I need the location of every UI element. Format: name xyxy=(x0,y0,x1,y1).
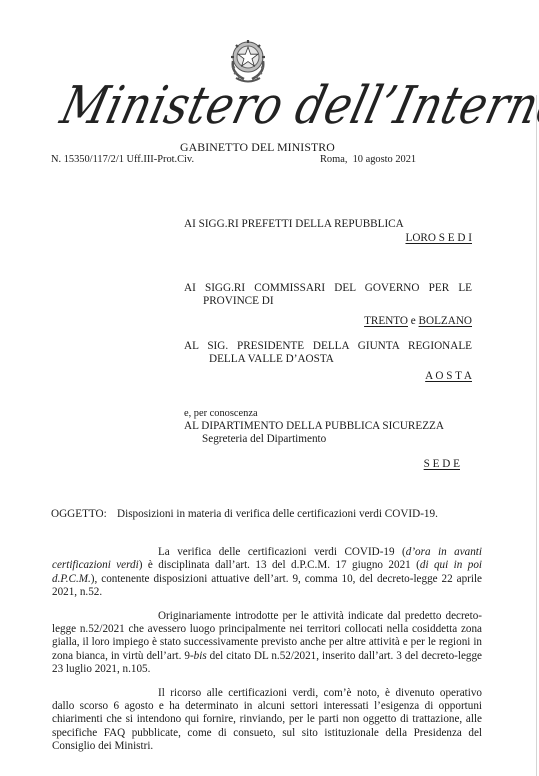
cc-recipient: AL DIPARTIMENTO DELLA PUBBLICA SICUREZZA xyxy=(184,420,444,433)
destination-bolzano: BOLZANO xyxy=(419,315,472,327)
recipient-commissari-line2: PROVINCE DI xyxy=(203,295,274,308)
recipient-commissari: AI SIGG.RI COMMISSARI DEL GOVERNO PER LE xyxy=(184,282,472,295)
recipient-presidente-destination: A O S T A xyxy=(425,370,472,382)
recipient-presidente-line2: DELLA VALLE D’AOSTA xyxy=(209,353,334,366)
paragraph-3: Il ricorso alle certificazioni verdi, co… xyxy=(52,687,482,754)
recipient-presidente-line1: AL SIG. PRESIDENTE DELLA GIUNTA REGIONAL… xyxy=(184,340,472,353)
subject-text: Disposizioni in materia di verifica dell… xyxy=(117,508,438,521)
recipient-presidente: AL SIG. PRESIDENTE DELLA GIUNTA REGIONAL… xyxy=(184,340,472,353)
document-page: Ministero dell’Interno GABINETTO DEL MIN… xyxy=(0,0,539,776)
recipient-prefetti-destination: LORO S E D I xyxy=(405,232,472,244)
destination-joiner: e xyxy=(408,315,419,327)
recipient-presidente-destination-wrap: A O S T A xyxy=(300,370,472,383)
p1-text-a: La verifica delle certificazioni verdi C… xyxy=(158,546,406,558)
ministry-name: Ministero dell’Interno xyxy=(55,77,460,136)
subject-label: OGGETTO: xyxy=(51,508,107,521)
destination-trento: TRENTO xyxy=(364,315,408,327)
p1-text-c: ) è disciplinata dall’art. 13 del d.P.C.… xyxy=(139,559,420,571)
protocol-number: N. 15350/117/2/1 Uff.III-Prot.Civ. xyxy=(51,153,194,166)
recipient-commissari-destination: TRENTO e BOLZANO xyxy=(300,315,472,328)
p2-italic-b: bis xyxy=(194,650,207,662)
cc-destination-wrap: S E D E xyxy=(300,458,460,471)
cc-destination: S E D E xyxy=(424,458,460,470)
paragraph-1: La verifica delle certificazioni verdi C… xyxy=(52,546,482,600)
recipient-commissari-line1: AI SIGG.RI COMMISSARI DEL GOVERNO PER LE xyxy=(184,282,472,295)
office-name: GABINETTO DEL MINISTRO xyxy=(180,141,335,154)
place-date: Roma, 10 agosto 2021 xyxy=(320,153,416,166)
body-text: La verifica delle certificazioni verdi C… xyxy=(52,546,482,754)
page-edge-line xyxy=(536,95,537,776)
p1-text-e: ), contenente disposizioni attuative del… xyxy=(52,573,482,598)
cc-recipient-line2: Segreteria del Dipartimento xyxy=(202,433,326,446)
recipient-prefetti-destination-wrap: LORO S E D I xyxy=(300,232,472,245)
recipient-prefetti: AI SIGG.RI PREFETTI DELLA REPUBBLICA xyxy=(184,218,404,231)
paragraph-2: Originariamente introdotte per le attivi… xyxy=(52,610,482,677)
cc-intro: e, per conoscenza xyxy=(184,407,258,420)
